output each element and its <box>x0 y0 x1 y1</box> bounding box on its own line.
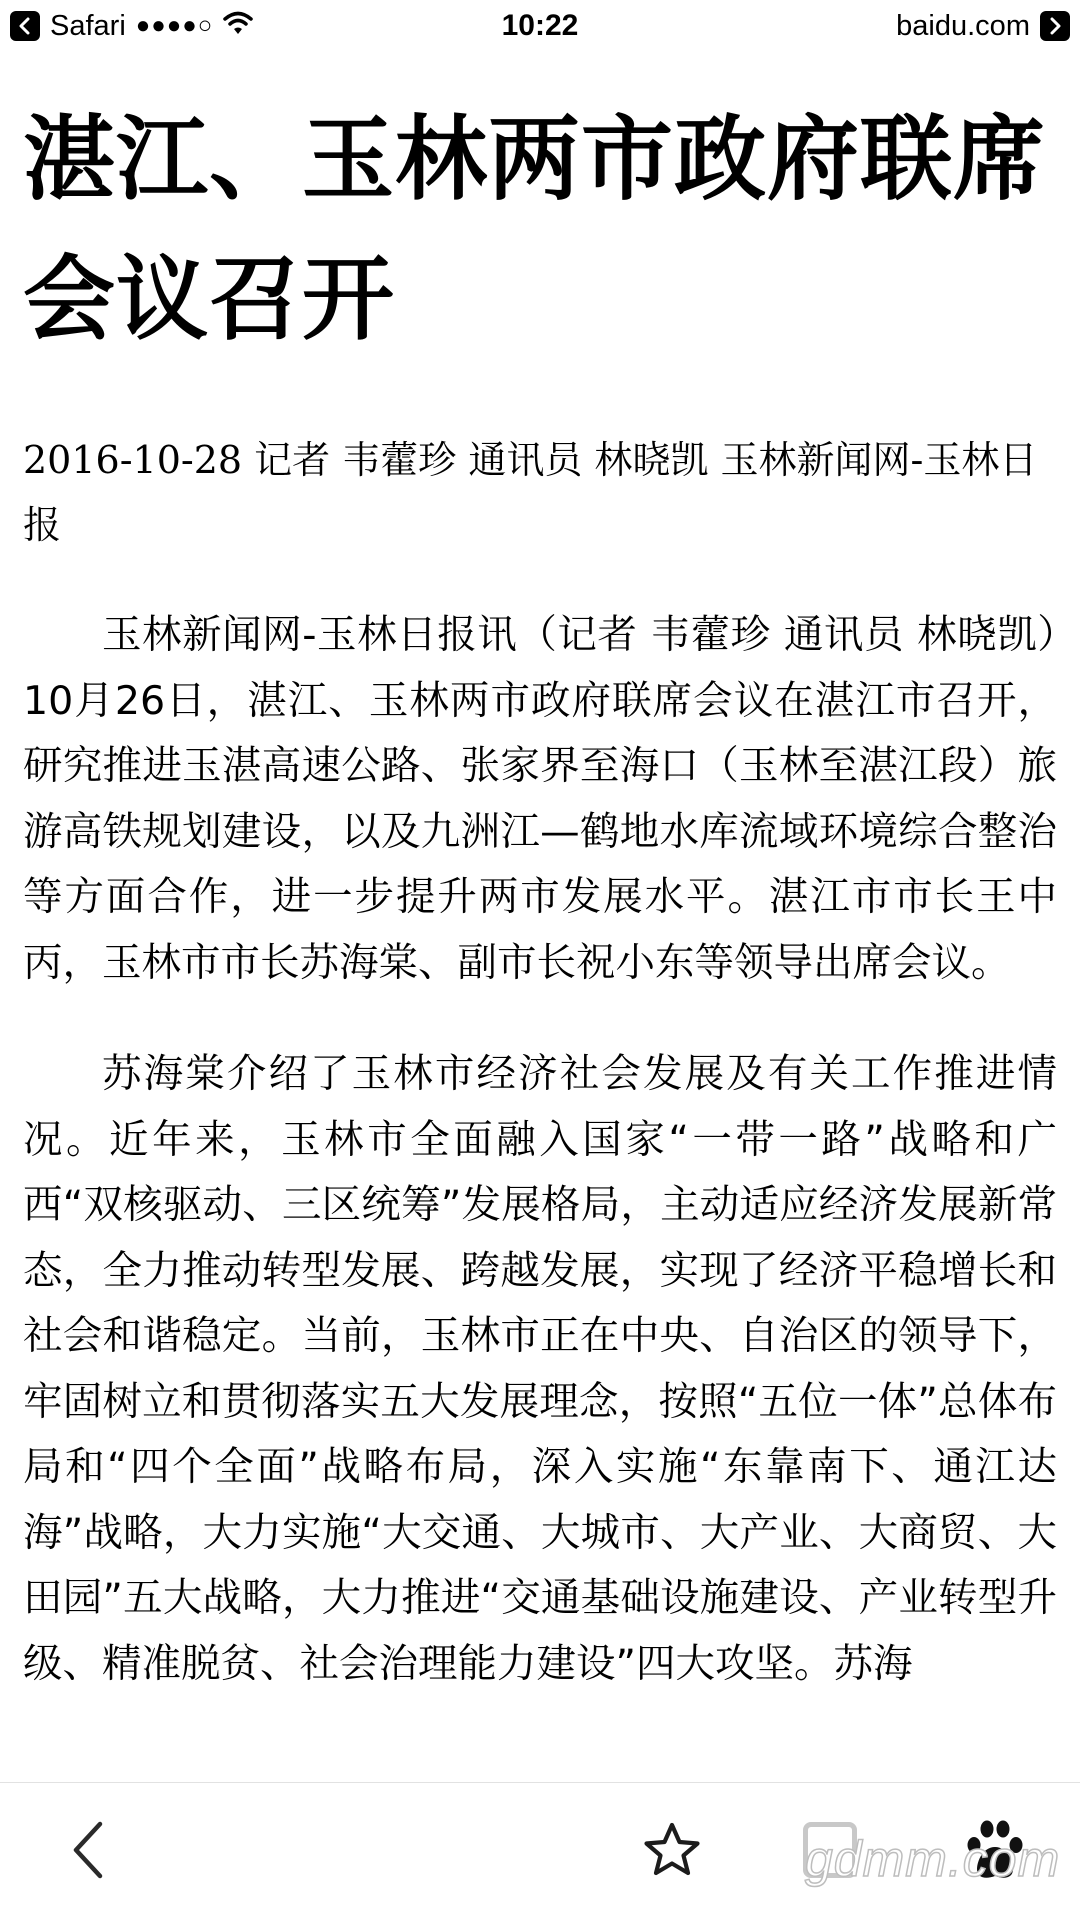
star-icon <box>641 1820 703 1882</box>
article-paragraph: 玉林新闻网-玉林日报讯（记者 韦藿珍 通讯员 林晓凯）10月26日，湛江、玉林两… <box>23 603 1057 996</box>
back-button[interactable] <box>50 1807 130 1897</box>
clock: 10:22 <box>502 9 579 43</box>
article-page[interactable]: 湛江、玉林两市政府联席会议召开 2016-10-28 记者 韦藿珍 通讯员 林晓… <box>0 52 1080 1782</box>
cellular-signal-icon: ●●●●○ <box>136 12 213 40</box>
article-paragraph: 苏海棠介绍了玉林市经济社会发展及有关工作推进情况。近年来，玉林市全面融入国家“一… <box>23 1042 1057 1697</box>
wifi-icon <box>223 10 253 43</box>
article-title: 湛江、玉林两市政府联席会议召开 <box>23 90 1057 370</box>
status-bar: Safari ●●●●○ 10:22 baidu.com <box>0 0 1080 52</box>
status-bar-left: Safari ●●●●○ <box>10 10 390 43</box>
status-bar-right: baidu.com <box>690 10 1070 43</box>
forward-to-site-icon[interactable] <box>1040 11 1070 41</box>
back-to-app-icon[interactable] <box>10 11 40 41</box>
article-meta: 2016-10-28 记者 韦藿珍 通讯员 林晓凯 玉林新闻网-玉林日报 <box>23 428 1057 558</box>
domain-label[interactable]: baidu.com <box>896 10 1030 43</box>
watermark: gdmm.com <box>805 1830 1060 1888</box>
back-to-app-label[interactable]: Safari <box>50 10 126 43</box>
favorite-button[interactable] <box>632 1811 712 1891</box>
chevron-left-icon <box>70 1820 110 1884</box>
